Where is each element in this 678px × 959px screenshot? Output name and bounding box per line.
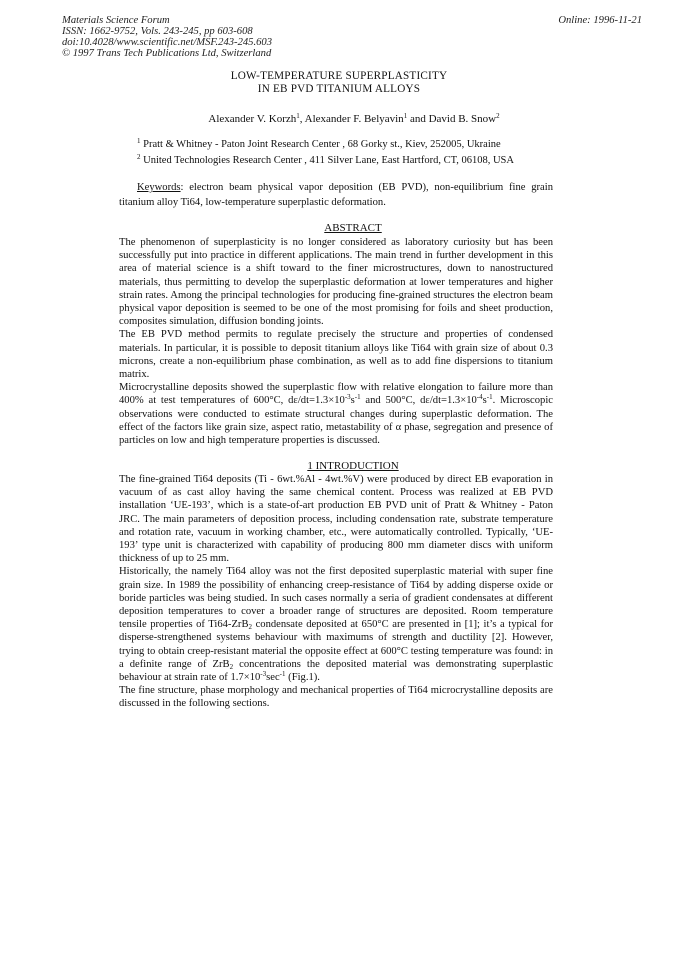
- introduction-paragraph-1: The fine-grained Ti64 deposits (Ti - 6wt…: [119, 473, 553, 565]
- journal-name: Materials Science Forum: [62, 15, 272, 26]
- keywords-label: Keywords: [137, 182, 181, 193]
- author-name: Alexander V. Korzh: [208, 113, 296, 125]
- title-line-1: LOW-TEMPERATURE SUPERPLASTICITY: [0, 70, 678, 83]
- doi-line: doi:10.4028/www.scientific.net/MSF.243-2…: [62, 37, 272, 48]
- copyright-line: © 1997 Trans Tech Publications Ltd, Swit…: [62, 48, 272, 59]
- introduction-paragraph-2: Historically, the namely Ti64 alloy was …: [119, 565, 553, 684]
- abstract-paragraph-1: The phenomenon of superplasticity is no …: [119, 236, 553, 328]
- abstract-paragraph-2: The EB PVD method permits to regulate pr…: [119, 328, 553, 381]
- introduction-paragraph-3: The fine structure, phase morphology and…: [119, 684, 553, 710]
- affiliation-marker: 2: [496, 112, 500, 120]
- abstract-heading: ABSTRACT: [14, 222, 678, 234]
- keywords-text: : electron beam physical vapor depositio…: [119, 182, 553, 208]
- title-line-2: IN EB PVD TITANIUM ALLOYS: [0, 83, 678, 96]
- affiliation-2: 2 United Technologies Research Center , …: [137, 155, 514, 166]
- issn-line: ISSN: 1662-9752, Vols. 243-245, pp 603-6…: [62, 26, 272, 37]
- online-date: Online: 1996-11-21: [558, 15, 642, 26]
- abstract-paragraph-3: Microcrystalline deposits showed the sup…: [119, 381, 553, 447]
- author-name: David B. Snow: [429, 113, 497, 125]
- author-list: Alexander V. Korzh1, Alexander F. Belyav…: [0, 113, 678, 125]
- introduction-heading: 1 INTRODUCTION: [14, 460, 678, 472]
- affiliation-text: United Technologies Research Center , 41…: [141, 155, 514, 166]
- author-name: Alexander F. Belyavin: [305, 113, 404, 125]
- abstract-body: The phenomenon of superplasticity is no …: [119, 236, 553, 447]
- author-separator: and: [407, 113, 428, 125]
- affiliation-text: Pratt & Whitney - Paton Joint Research C…: [141, 139, 501, 150]
- keywords: Keywords: electron beam physical vapor d…: [119, 180, 553, 210]
- introduction-body: The fine-grained Ti64 deposits (Ti - 6wt…: [119, 473, 553, 711]
- affiliation-1: 1 Pratt & Whitney - Paton Joint Research…: [137, 139, 501, 150]
- journal-header: Materials Science Forum ISSN: 1662-9752,…: [62, 15, 272, 59]
- paper-title: LOW-TEMPERATURE SUPERPLASTICITY IN EB PV…: [0, 70, 678, 96]
